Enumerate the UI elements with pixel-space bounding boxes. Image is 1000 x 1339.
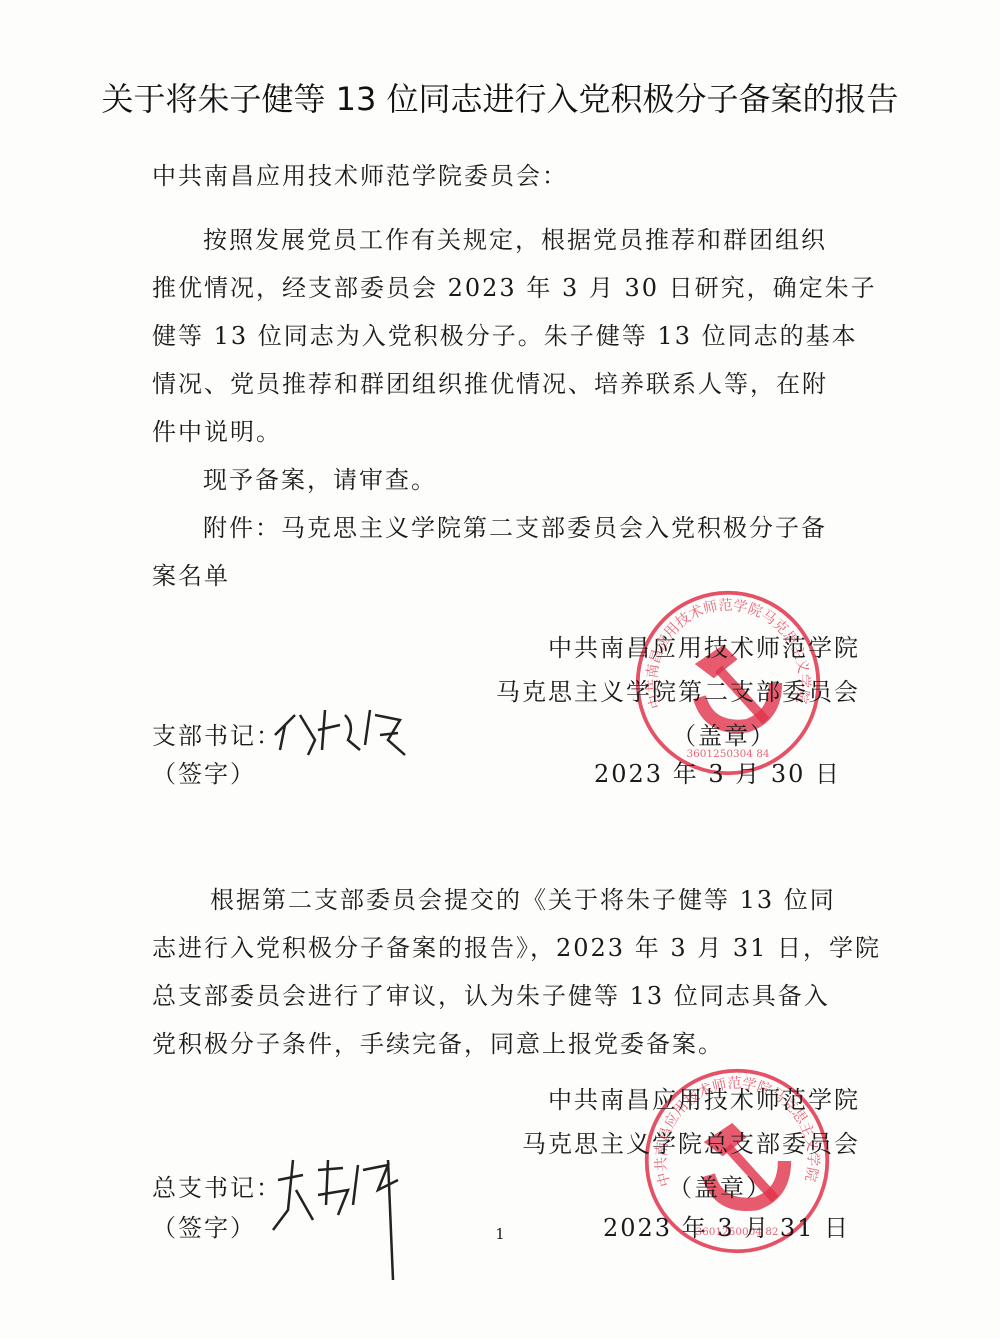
review-line: 根据第二支部委员会提交的《关于将朱子健等 13 位同 — [210, 880, 836, 915]
general-secretary-label: 总支书记： — [152, 1168, 282, 1203]
review-line: 总支部委员会进行了审议，认为朱子健等 13 位同志具备入 — [152, 976, 830, 1011]
document-page: 关于将朱子健等 13 位同志进行入党积极分子备案的报告 中共南昌应用技术师范学院… — [0, 0, 1000, 1339]
body-line: 件中说明。 — [152, 412, 282, 447]
review-line: 志进行入党积极分子备案的报告》，2023 年 3 月 31 日，学院 — [152, 928, 881, 963]
branch-sign-note: （签字） — [152, 754, 256, 789]
general-seal-note: （盖章） — [668, 1168, 772, 1203]
body-line: 推优情况，经支部委员会 2023 年 3 月 30 日研究，确定朱子 — [152, 268, 877, 303]
general-org-line2: 马克思主义学院总支部委员会 — [522, 1124, 860, 1159]
body-line: 情况、党员推荐和群团组织推优情况、培养联系人等，在附 — [152, 364, 828, 399]
branch-secretary-label: 支部书记： — [152, 716, 282, 751]
attachment-line: 案名单 — [152, 556, 230, 591]
addressee: 中共南昌应用技术师范学院委员会： — [152, 156, 568, 191]
page-number: 1 — [0, 1225, 1000, 1243]
general-signature-icon — [268, 1150, 428, 1294]
attachment-line: 附件：马克思主义学院第二支部委员会入党积极分子备 — [203, 508, 827, 543]
branch-date: 2023 年 3 月 30 日 — [594, 754, 841, 789]
review-line: 党积极分子条件，手续完备，同意上报党委备案。 — [152, 1024, 724, 1059]
document-title: 关于将朱子健等 13 位同志进行入党积极分子备案的报告 — [0, 74, 1000, 120]
general-org-line1: 中共南昌应用技术师范学院 — [548, 1080, 860, 1115]
branch-org-line2: 马克思主义学院第二支部委员会 — [496, 672, 860, 707]
branch-signature-icon — [270, 695, 410, 769]
branch-seal-note: （盖章） — [672, 716, 776, 751]
body-line: 现予备案，请审查。 — [203, 460, 437, 495]
body-line: 按照发展党员工作有关规定，根据党员推荐和群团组织 — [203, 220, 827, 255]
body-line: 健等 13 位同志为入党积极分子。朱子健等 13 位同志的基本 — [152, 316, 858, 351]
branch-org-line1: 中共南昌应用技术师范学院 — [548, 628, 860, 663]
